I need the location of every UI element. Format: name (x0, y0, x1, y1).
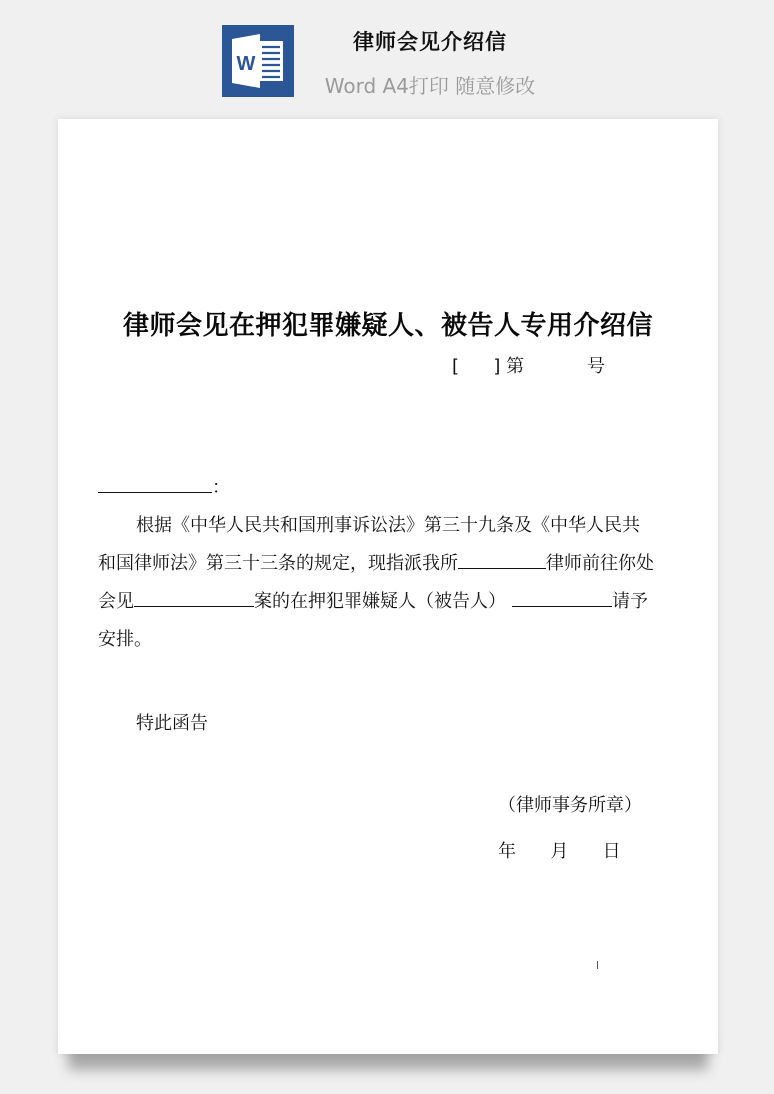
lawyer-name-blank[interactable] (458, 546, 546, 569)
paragraph-line-3-text-b: 案的在押犯罪嫌疑人（被告人） (254, 591, 506, 612)
paragraph-line-3-text-c: 请予 (612, 591, 648, 612)
svg-text:W: W (237, 53, 256, 75)
word-icon: W (222, 25, 294, 97)
date-line: 年 月 日 (498, 833, 621, 871)
case-name-blank[interactable] (134, 584, 254, 607)
paragraph-line-3-text-a: 会见 (98, 591, 134, 612)
addressee-line: ： (98, 469, 230, 507)
law-firm-seal-label: （律师事务所章） (498, 787, 642, 825)
body-paragraph: 根据《中华人民共和国刑事诉讼法》第三十九条及《中华人民共 和国律师法》第三十三条… (98, 507, 688, 659)
paragraph-line-3: 会见案的在押犯罪嫌疑人（被告人）请予 (98, 583, 688, 621)
document-title: 律师会见在押犯罪嫌疑人、被告人专用介绍信 (58, 305, 718, 342)
document-number-line: [ ] 第 号 (452, 352, 605, 378)
header-title: 律师会见介绍信 (310, 26, 550, 56)
paragraph-line-2-text-a: 和国律师法》第三十三条的规定，现指派我所 (98, 553, 458, 574)
text-cursor-mark (597, 961, 598, 969)
header: W 律师会见介绍信 Word A4打印 随意修改 (0, 0, 774, 110)
closing-text: 特此函告 (136, 705, 208, 743)
addressee-colon: ： (212, 477, 230, 498)
document-page: 律师会见在押犯罪嫌疑人、被告人专用介绍信 [ ] 第 号 ： 根据《中华人民共和… (58, 119, 718, 1054)
paragraph-line-1: 根据《中华人民共和国刑事诉讼法》第三十九条及《中华人民共 (98, 507, 688, 545)
suspect-name-blank[interactable] (512, 584, 612, 607)
paragraph-line-4: 安排。 (98, 621, 688, 659)
addressee-blank[interactable] (98, 470, 212, 493)
paragraph-line-2: 和国律师法》第三十三条的规定，现指派我所律师前往你处 (98, 545, 688, 583)
header-subtitle: Word A4打印 随意修改 (310, 70, 550, 99)
paragraph-line-2-text-b: 律师前往你处 (546, 553, 654, 574)
